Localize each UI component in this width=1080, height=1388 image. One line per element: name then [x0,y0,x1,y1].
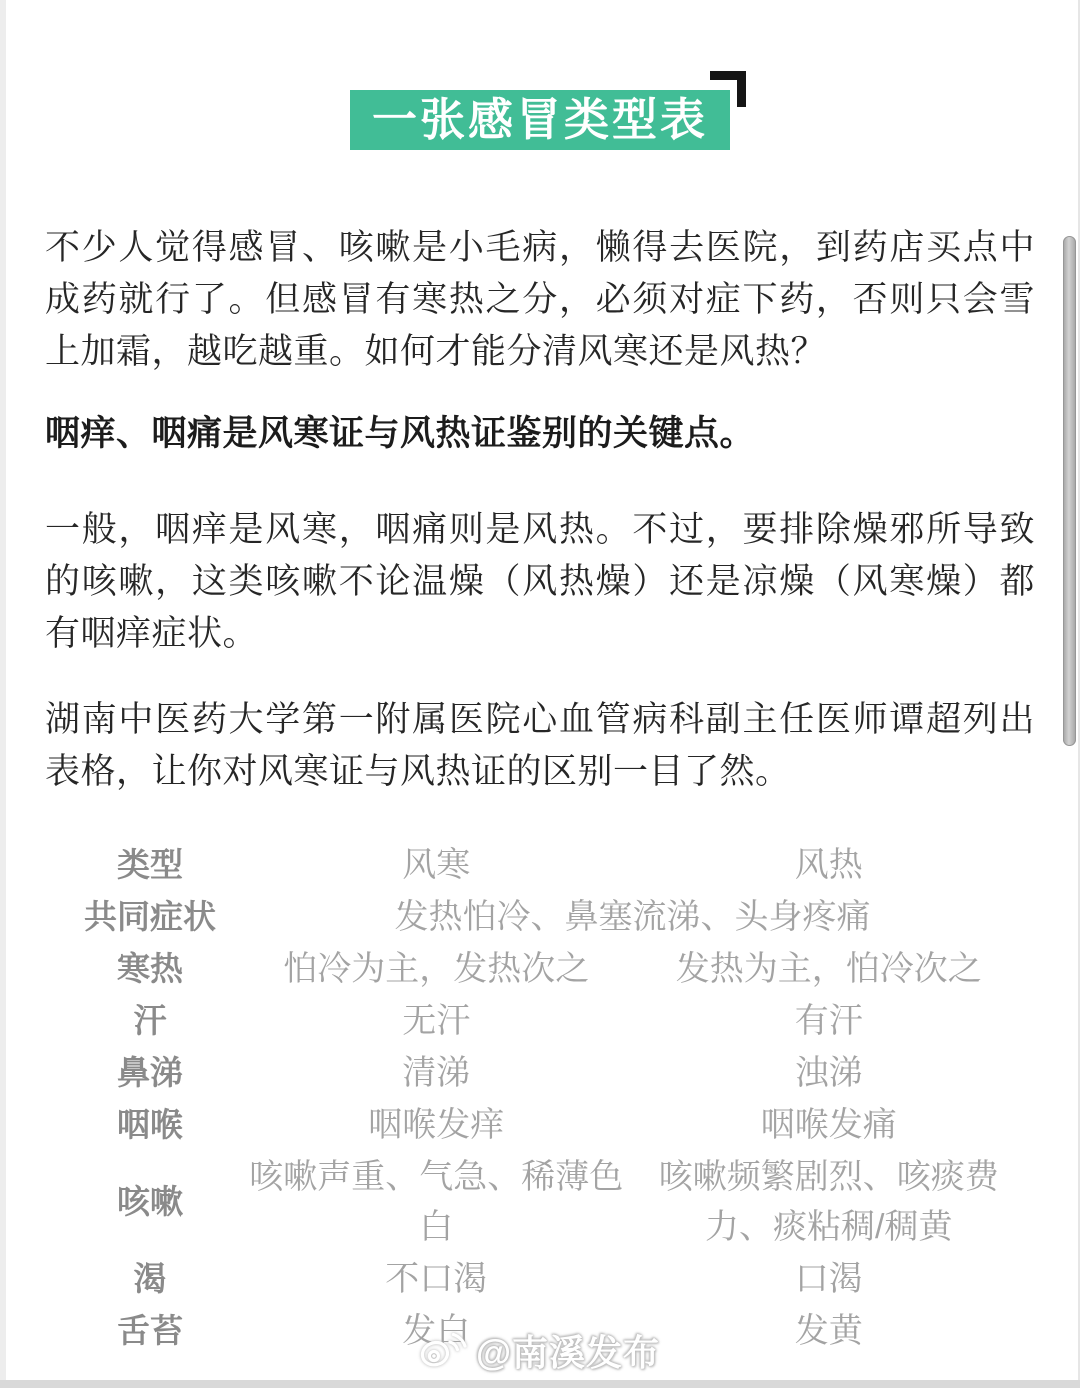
table-row-throat: 咽喉 咽喉发痒 咽喉发痛 [60,1100,1025,1150]
wind-heat-cell: 浊涕 [633,1048,1026,1098]
cold-type-table: 类型 风寒 风热 共同症状 发热怕冷、鼻塞流涕、头身疼痛 寒热 怕冷为主，发热次… [45,840,1035,1356]
row-label: 鼻涕 [60,1048,240,1098]
watermark-handle: @南溪发布 [476,1325,660,1376]
bottom-edge-strip [0,1380,1080,1388]
key-point-heading: 咽痒、咽痛是风寒证与风热证鉴别的关键点。 [45,408,1035,460]
row-label: 咽喉 [60,1100,240,1150]
wind-cold-cell: 怕冷为主，发热次之 [240,944,633,994]
wind-heat-cell: 咳嗽频繁剧烈、咳痰费力、痰粘稠/稠黄 [633,1152,1026,1252]
row-label: 舌苔 [60,1306,240,1356]
table-row-nasal-discharge: 鼻涕 清涕 浊涕 [60,1048,1025,1098]
wind-cold-cell: 咽喉发痒 [240,1100,633,1150]
wind-cold-cell: 无汗 [240,996,633,1046]
wind-heat-cell: 风热 [633,840,1026,890]
table-row-thirst: 渴 不口渴 口渴 [60,1254,1025,1304]
wind-cold-cell: 清涕 [240,1048,633,1098]
wind-cold-cell: 不口渴 [240,1254,633,1304]
row-label: 共同症状 [60,892,240,942]
wind-heat-cell: 口渴 [633,1254,1026,1304]
watermark: @南溪发布 [420,1325,660,1376]
row-label: 寒热 [60,944,240,994]
row-label: 渴 [60,1254,240,1304]
table-row-sweat: 汗 无汗 有汗 [60,996,1025,1046]
shared-symptoms-cell: 发热怕冷、鼻塞流涕、头身疼痛 [240,892,1025,942]
corner-bracket-decoration [710,71,746,107]
table-row-cough: 咳嗽 咳嗽声重、气急、稀薄色白 咳嗽频繁剧烈、咳痰费力、痰粘稠/稠黄 [60,1152,1025,1252]
row-label: 汗 [60,996,240,1046]
row-label: 咳嗽 [60,1177,240,1227]
paragraph-intro: 不少人觉得感冒、咳嗽是小毛病，懒得去医院，到药店买点中成药就行了。但感冒有寒热之… [45,222,1035,378]
wind-heat-cell: 发黄 [633,1306,1026,1356]
wind-heat-cell: 咽喉发痛 [633,1100,1026,1150]
row-label: 类型 [60,840,240,890]
wind-cold-cell: 风寒 [240,840,633,890]
title-badge: 一张感冒类型表 [350,90,730,150]
paragraph-explanation: 一般，咽痒是风寒，咽痛则是风热。不过，要排除燥邪所导致的咳嗽，这类咳嗽不论温燥（… [45,504,1035,660]
wind-cold-cell: 咳嗽声重、气急、稀薄色白 [240,1152,633,1252]
wind-heat-cell: 发热为主，怕冷次之 [633,944,1026,994]
weibo-icon [420,1330,468,1372]
paragraph-source: 湖南中医药大学第一附属医院心血管病科副主任医师谭超列出表格，让你对风寒证与风热证… [45,694,1035,798]
title-section: 一张感冒类型表 [45,90,1035,150]
table-row-type: 类型 风寒 风热 [60,840,1025,890]
page-title: 一张感冒类型表 [372,94,708,145]
table-row-chills-fever: 寒热 怕冷为主，发热次之 发热为主，怕冷次之 [60,944,1025,994]
wind-heat-cell: 有汗 [633,996,1026,1046]
table-row-common-symptoms: 共同症状 发热怕冷、鼻塞流涕、头身疼痛 [60,892,1025,942]
scrollbar-thumb[interactable] [1063,236,1076,746]
article-content: 一张感冒类型表 不少人觉得感冒、咳嗽是小毛病，懒得去医院，到药店买点中成药就行了… [0,90,1080,1356]
article-page: 一张感冒类型表 不少人觉得感冒、咳嗽是小毛病，懒得去医院，到药店买点中成药就行了… [0,0,1080,1388]
